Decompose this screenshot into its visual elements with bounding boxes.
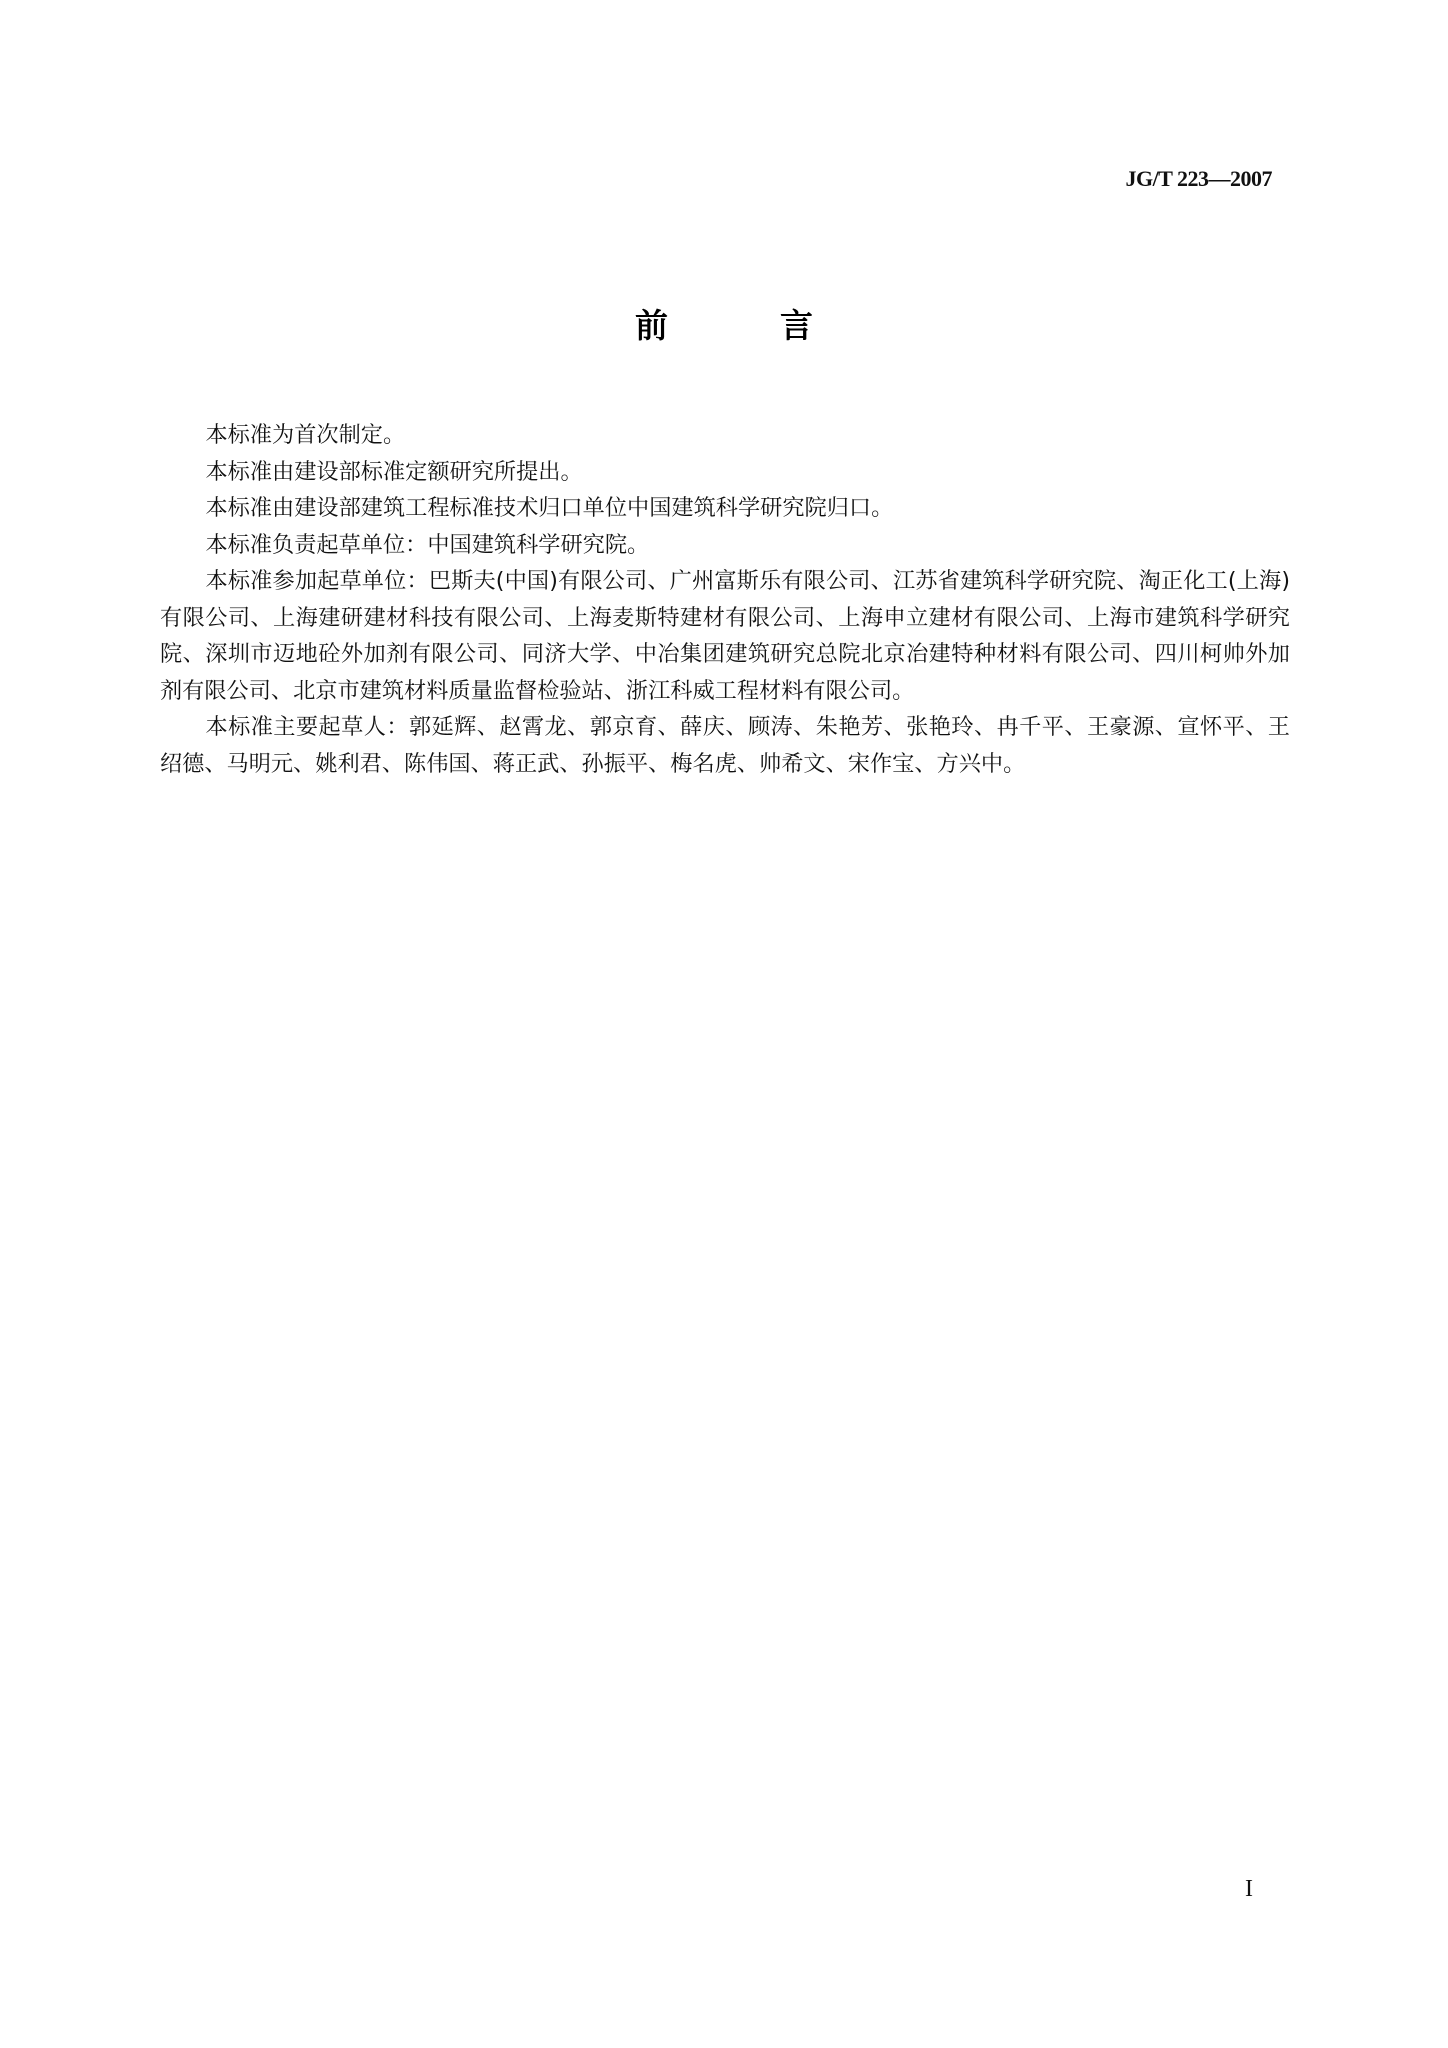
page-number: I — [1245, 1876, 1253, 1903]
paragraph-proposer: 本标准由建设部标准定额研究所提出。 — [160, 454, 1290, 491]
paragraph-participating-drafters: 本标准参加起草单位：巴斯夫(中国)有限公司、广州富斯乐有限公司、江苏省建筑科学研… — [160, 563, 1290, 709]
title-char-1: 前 — [635, 300, 668, 347]
standard-code: JG/T 223—2007 — [1125, 166, 1272, 192]
title-char-2: 言 — [780, 300, 813, 347]
paragraph-lead-drafter: 本标准负责起草单位：中国建筑科学研究院。 — [160, 527, 1290, 564]
paragraph-first-edition: 本标准为首次制定。 — [160, 417, 1290, 454]
paragraph-administrator: 本标准由建设部建筑工程标准技术归口单位中国建筑科学研究院归口。 — [160, 490, 1290, 527]
paragraph-main-drafters: 本标准主要起草人：郭延辉、赵霄龙、郭京育、薛庆、顾涛、朱艳芳、张艳玲、冉千平、王… — [160, 709, 1290, 782]
foreword-body: 本标准为首次制定。 本标准由建设部标准定额研究所提出。 本标准由建设部建筑工程标… — [160, 417, 1290, 782]
page-title: 前言 — [0, 300, 1448, 347]
